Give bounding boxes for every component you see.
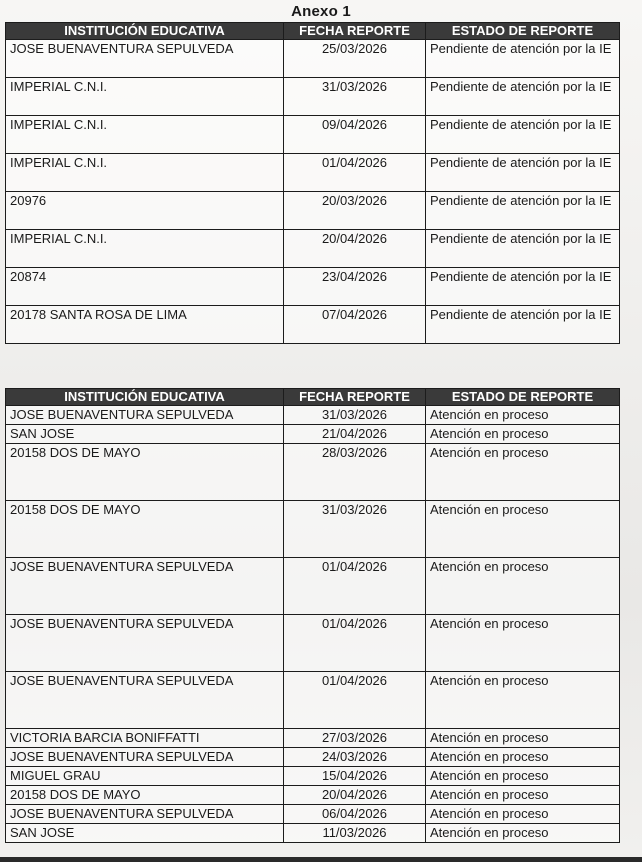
column-header-fecha: FECHA REPORTE — [284, 389, 426, 406]
table-row: JOSE BUENAVENTURA SEPULVEDA06/04/2026Ate… — [6, 805, 620, 824]
cell-institucion: 20976 — [6, 192, 284, 230]
cell-fecha: 11/03/2026 — [284, 824, 426, 843]
bottom-edge-bar — [0, 857, 642, 862]
cell-estado: Pendiente de atención por la IE — [426, 154, 620, 192]
column-header-estado: ESTADO DE REPORTE — [426, 389, 620, 406]
table-row: JOSE BUENAVENTURA SEPULVEDA01/04/2026Ate… — [6, 615, 620, 672]
cell-fecha: 28/03/2026 — [284, 444, 426, 501]
table-row: VICTORIA BARCIA BONIFFATTI27/03/2026Aten… — [6, 729, 620, 748]
cell-fecha: 15/04/2026 — [284, 767, 426, 786]
cell-estado: Atención en proceso — [426, 729, 620, 748]
cell-fecha: 20/03/2026 — [284, 192, 426, 230]
cell-institucion: JOSE BUENAVENTURA SEPULVEDA — [6, 558, 284, 615]
cell-institucion: JOSE BUENAVENTURA SEPULVEDA — [6, 406, 284, 425]
cell-estado: Pendiente de atención por la IE — [426, 78, 620, 116]
table-row: JOSE BUENAVENTURA SEPULVEDA25/03/2026Pen… — [6, 40, 620, 78]
cell-estado: Atención en proceso — [426, 805, 620, 824]
cell-estado: Atención en proceso — [426, 406, 620, 425]
cell-institucion: 20178 SANTA ROSA DE LIMA — [6, 306, 284, 344]
cell-estado: Pendiente de atención por la IE — [426, 192, 620, 230]
table-row: JOSE BUENAVENTURA SEPULVEDA01/04/2026Ate… — [6, 558, 620, 615]
in-process-reports-table: INSTITUCIÓN EDUCATIVA FECHA REPORTE ESTA… — [5, 388, 620, 843]
cell-estado: Atención en proceso — [426, 672, 620, 729]
cell-institucion: MIGUEL GRAU — [6, 767, 284, 786]
column-header-institucion: INSTITUCIÓN EDUCATIVA — [6, 389, 284, 406]
table-row: IMPERIAL C.N.I.31/03/2026Pendiente de at… — [6, 78, 620, 116]
cell-fecha: 01/04/2026 — [284, 154, 426, 192]
annex-title: Anexo 1 — [0, 3, 642, 20]
cell-fecha: 31/03/2026 — [284, 78, 426, 116]
cell-estado: Atención en proceso — [426, 767, 620, 786]
table-header-row: INSTITUCIÓN EDUCATIVA FECHA REPORTE ESTA… — [6, 389, 620, 406]
cell-institucion: JOSE BUENAVENTURA SEPULVEDA — [6, 40, 284, 78]
cell-fecha: 31/03/2026 — [284, 406, 426, 425]
table-row: 2097620/03/2026Pendiente de atención por… — [6, 192, 620, 230]
cell-institucion: 20158 DOS DE MAYO — [6, 444, 284, 501]
cell-fecha: 25/03/2026 — [284, 40, 426, 78]
cell-estado: Atención en proceso — [426, 558, 620, 615]
table-row: 20158 DOS DE MAYO28/03/2026Atención en p… — [6, 444, 620, 501]
pending-reports-table: INSTITUCIÓN EDUCATIVA FECHA REPORTE ESTA… — [5, 22, 620, 344]
cell-fecha: 21/04/2026 — [284, 425, 426, 444]
cell-estado: Atención en proceso — [426, 748, 620, 767]
cell-estado: Atención en proceso — [426, 444, 620, 501]
table-row: IMPERIAL C.N.I.09/04/2026Pendiente de at… — [6, 116, 620, 154]
cell-estado: Pendiente de atención por la IE — [426, 306, 620, 344]
cell-estado: Atención en proceso — [426, 786, 620, 805]
table-row: 20178 SANTA ROSA DE LIMA07/04/2026Pendie… — [6, 306, 620, 344]
table-row: JOSE BUENAVENTURA SEPULVEDA01/04/2026Ate… — [6, 672, 620, 729]
cell-fecha: 24/03/2026 — [284, 748, 426, 767]
table-row: 20158 DOS DE MAYO20/04/2026Atención en p… — [6, 786, 620, 805]
cell-fecha: 31/03/2026 — [284, 501, 426, 558]
cell-estado: Atención en proceso — [426, 615, 620, 672]
table-row: SAN JOSE11/03/2026Atención en proceso — [6, 824, 620, 843]
cell-estado: Pendiente de atención por la IE — [426, 116, 620, 154]
cell-institucion: JOSE BUENAVENTURA SEPULVEDA — [6, 672, 284, 729]
table-row: SAN JOSE21/04/2026Atención en proceso — [6, 425, 620, 444]
cell-institucion: 20874 — [6, 268, 284, 306]
cell-institucion: JOSE BUENAVENTURA SEPULVEDA — [6, 805, 284, 824]
cell-institucion: IMPERIAL C.N.I. — [6, 154, 284, 192]
cell-fecha: 20/04/2026 — [284, 230, 426, 268]
column-header-institucion: INSTITUCIÓN EDUCATIVA — [6, 23, 284, 40]
column-header-estado: ESTADO DE REPORTE — [426, 23, 620, 40]
cell-institucion: IMPERIAL C.N.I. — [6, 116, 284, 154]
table-row: MIGUEL GRAU15/04/2026Atención en proceso — [6, 767, 620, 786]
cell-fecha: 06/04/2026 — [284, 805, 426, 824]
cell-fecha: 01/04/2026 — [284, 615, 426, 672]
cell-fecha: 01/04/2026 — [284, 558, 426, 615]
cell-estado: Atención en proceso — [426, 501, 620, 558]
cell-institucion: IMPERIAL C.N.I. — [6, 230, 284, 268]
table-row: JOSE BUENAVENTURA SEPULVEDA24/03/2026Ate… — [6, 748, 620, 767]
cell-institucion: JOSE BUENAVENTURA SEPULVEDA — [6, 748, 284, 767]
table-header-row: INSTITUCIÓN EDUCATIVA FECHA REPORTE ESTA… — [6, 23, 620, 40]
table-row: 2087423/04/2026Pendiente de atención por… — [6, 268, 620, 306]
cell-estado: Atención en proceso — [426, 824, 620, 843]
table-row: IMPERIAL C.N.I.20/04/2026Pendiente de at… — [6, 230, 620, 268]
cell-institucion: IMPERIAL C.N.I. — [6, 78, 284, 116]
cell-institucion: JOSE BUENAVENTURA SEPULVEDA — [6, 615, 284, 672]
table-row: JOSE BUENAVENTURA SEPULVEDA31/03/2026Ate… — [6, 406, 620, 425]
table-row: 20158 DOS DE MAYO31/03/2026Atención en p… — [6, 501, 620, 558]
cell-estado: Pendiente de atención por la IE — [426, 268, 620, 306]
cell-fecha: 27/03/2026 — [284, 729, 426, 748]
cell-fecha: 09/04/2026 — [284, 116, 426, 154]
cell-fecha: 20/04/2026 — [284, 786, 426, 805]
cell-institucion: 20158 DOS DE MAYO — [6, 501, 284, 558]
cell-estado: Pendiente de atención por la IE — [426, 40, 620, 78]
cell-fecha: 23/04/2026 — [284, 268, 426, 306]
cell-institucion: 20158 DOS DE MAYO — [6, 786, 284, 805]
cell-institucion: SAN JOSE — [6, 824, 284, 843]
cell-institucion: SAN JOSE — [6, 425, 284, 444]
column-header-fecha: FECHA REPORTE — [284, 23, 426, 40]
cell-institucion: VICTORIA BARCIA BONIFFATTI — [6, 729, 284, 748]
cell-fecha: 07/04/2026 — [284, 306, 426, 344]
cell-fecha: 01/04/2026 — [284, 672, 426, 729]
cell-estado: Pendiente de atención por la IE — [426, 230, 620, 268]
table-row: IMPERIAL C.N.I.01/04/2026Pendiente de at… — [6, 154, 620, 192]
cell-estado: Atención en proceso — [426, 425, 620, 444]
